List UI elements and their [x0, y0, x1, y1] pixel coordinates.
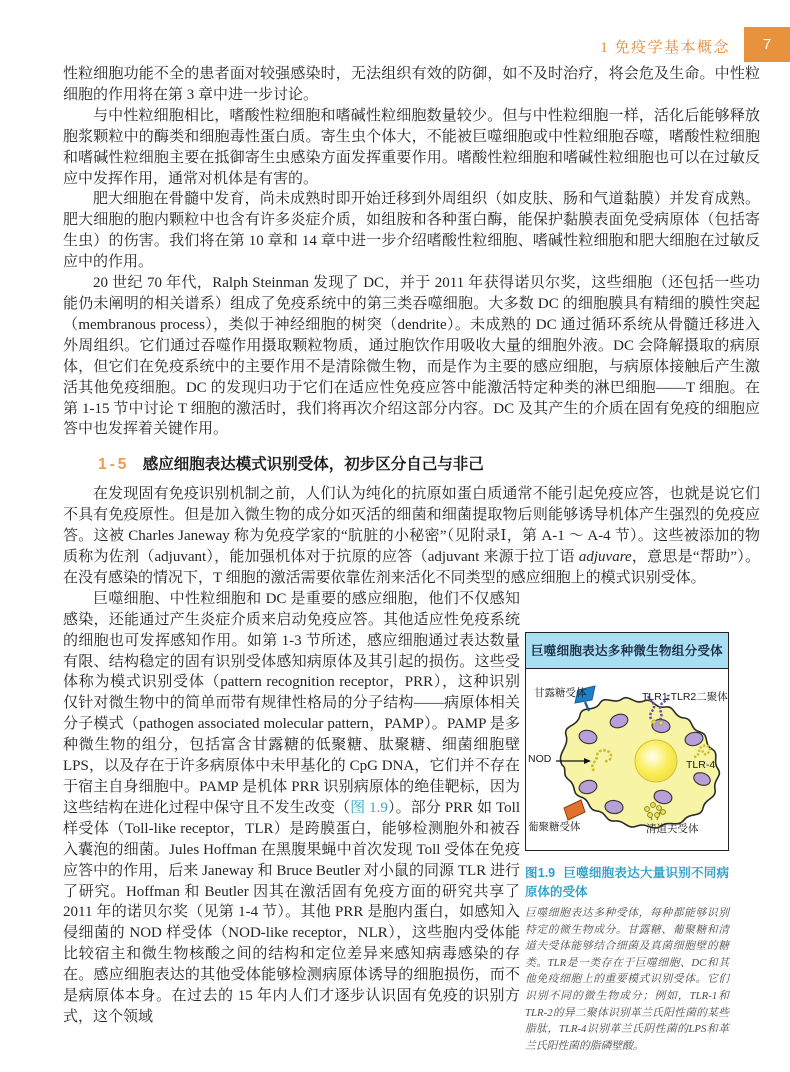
book-page: 1 免疫学基本概念 7 性粒细胞功能不全的患者面对较强感染时，无法组织有效的防御…	[0, 0, 790, 1072]
section-heading: 1-5 感应细胞表达模式识别受体，初步区分自己与非己	[98, 452, 760, 474]
figure-caption: 图1.9巨噬细胞表达大量识别不同病原体的受体 巨噬细胞表达多种受体，每种都能够识…	[525, 864, 729, 1054]
figure-panel: 巨噬细胞表达多种微生物组分受体	[525, 632, 729, 851]
paragraph-eosinophil-basophil: 与中性粒细胞相比，嗜酸性粒细胞和嗜碱性粒细胞数量较少。但与中性粒细胞一样，活化后…	[63, 106, 760, 190]
figure-1-9-reference-link[interactable]: 图 1.9	[350, 800, 388, 816]
nucleus	[635, 740, 677, 782]
figure-caption-number: 图1.9	[525, 866, 555, 880]
figure-1-9: 巨噬细胞表达多种微生物组分受体	[525, 632, 729, 1054]
figure-caption-title-text: 巨噬细胞表达大量识别不同病原体的受体	[525, 866, 729, 899]
paragraph-adjuvant: 在发现固有免疫识别机制之前，人们认为纯化的抗原如蛋白质通常不能引起免疫应答，也就…	[63, 484, 760, 589]
figure-caption-body: 巨噬细胞表达多种受体，每种都能够识别特定的微生物成分。甘露糖、葡聚糖和清道夫受体…	[525, 905, 729, 1054]
paragraph-prr-text: 巨噬细胞、中性粒细胞和 DC 是重要的感应细胞，他们不仅感知感染，还能通过产生炎…	[63, 591, 520, 816]
label-glucan-receptor: 葡聚糖受体	[528, 819, 581, 834]
latin-term: adjuvare	[579, 549, 632, 565]
figure-caption-title: 图1.9巨噬细胞表达大量识别不同病原体的受体	[525, 864, 729, 902]
paragraph-prr-text-2: ）。部分 PRR 如 Toll 样受体（Toll-like receptor，T…	[63, 800, 520, 1025]
glucan-receptor-icon	[564, 800, 585, 820]
running-head-chapter: 1 免疫学基本概念	[600, 36, 730, 57]
figure-panel-title: 巨噬细胞表达多种微生物组分受体	[526, 633, 728, 669]
paragraph-dendritic-cell: 20 世纪 70 年代，Ralph Steinman 发现了 DC，并于 201…	[63, 273, 760, 440]
paragraph-mast-cell: 肥大细胞在骨髓中发育，尚未成熟时即开始迁移到外周组织（如皮肤、肠和气道黏膜）并发…	[63, 189, 760, 273]
macrophage-diagram: 甘露糖受体 TLR1:TLR2二聚体 NOD TLR-4 葡聚糖受体 清道夫受体	[526, 669, 728, 850]
label-tlr1-tlr2-dimer: TLR1:TLR2二聚体	[642, 689, 728, 704]
section-number: 1-5	[98, 456, 129, 473]
label-nod: NOD	[528, 753, 551, 765]
label-tlr4: TLR-4	[686, 759, 715, 771]
label-mannose-receptor: 甘露糖受体	[534, 685, 587, 700]
paragraph-neutrophil: 性粒细胞功能不全的患者面对较强感染时，无法组织有效的防御，如不及时治疗，将会危及…	[63, 64, 760, 106]
page-number: 7	[763, 36, 771, 53]
page-number-tab: 7	[744, 27, 790, 62]
label-scavenger-receptor: 清道夫受体	[646, 821, 699, 836]
section-title: 感应细胞表达模式识别受体，初步区分自己与非己	[143, 456, 484, 473]
paragraph-prr: 巨噬细胞、中性粒细胞和 DC 是重要的感应细胞，他们不仅感知感染，还能通过产生炎…	[63, 589, 520, 1028]
